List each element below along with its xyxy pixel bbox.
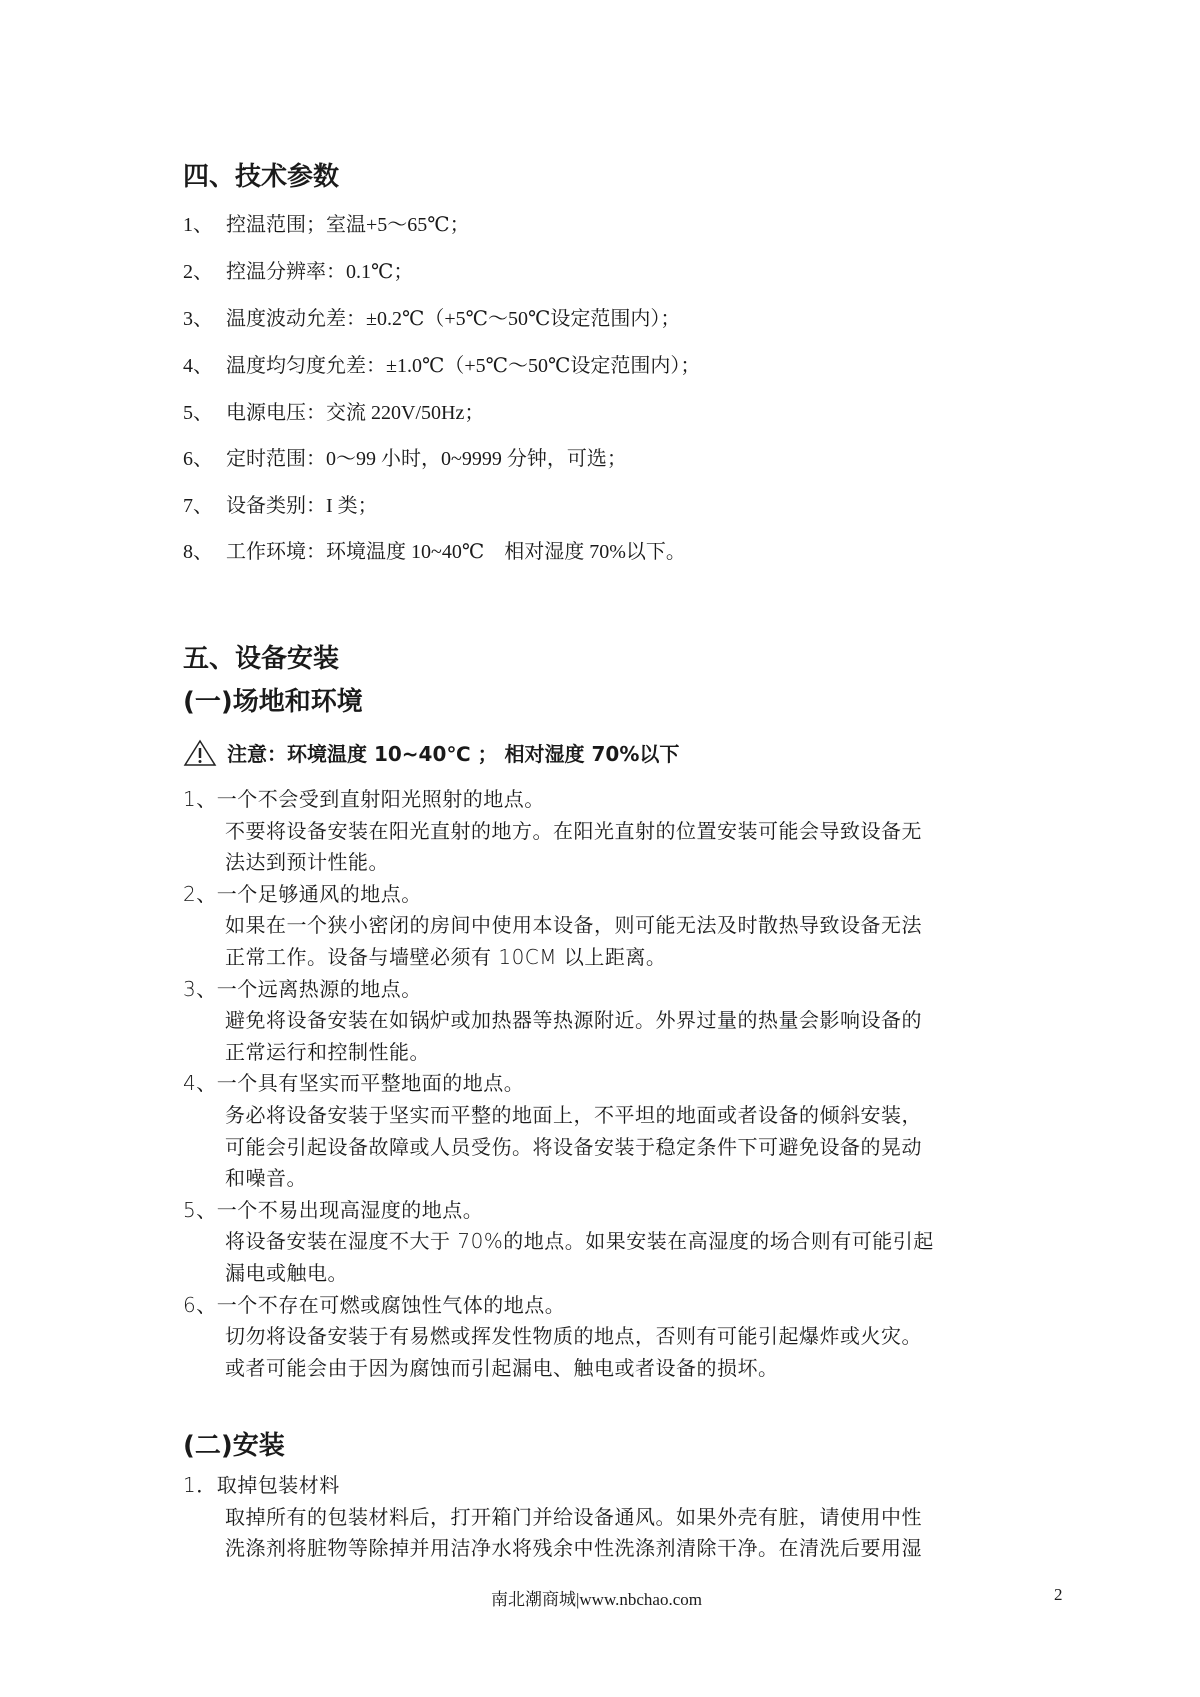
warning-note: 注意：环境温度 10~40℃ ； 相对湿度 70%以下 [183,738,679,767]
list-item-body-line: 切勿将设备安装于有易燃或挥发性物质的地点，否则有可能引起爆炸或火灾。 [225,1320,922,1349]
section-5-title: 五、设备安装 [183,638,339,675]
section-4-title: 四、技术参数 [183,156,339,193]
param-number: 1、 [183,208,226,237]
tech-param-item: 5、电源电压：交流 220V/50Hz； [183,396,484,425]
list-item-body-line: 务必将设备安装于坚实而平整的地面上，不平坦的地面或者设备的倾斜安装， [225,1099,922,1128]
list-item-body-line: 如果在一个狭小密闭的房间中使用本设备，则可能无法及时散热导致设备无法 [225,909,922,938]
subsection-1-title: (一)场地和环境 [183,681,363,718]
param-text: 工作环境：环境温度 10~40℃ 相对湿度 70%以下。 [226,541,686,563]
list-item-body-line: 和噪音。 [225,1162,307,1191]
list-item-body-line: 正常工作。设备与墙壁必须有 10CM 以上距离。 [225,941,666,970]
list-item-heading: 1、一个不会受到直射阳光照射的地点。 [183,783,545,812]
list-item-body-line: 不要将设备安装在阳光直射的地方。在阳光直射的位置安装可能会导致设备无 [225,815,922,844]
param-number: 3、 [183,302,226,331]
list-item-body-line: 避免将设备安装在如锅炉或加热器等热源附近。外界过量的热量会影响设备的 [225,1004,922,1033]
warning-text: 注意：环境温度 10~40℃ ； 相对湿度 70%以下 [227,738,679,767]
subsection-2-title: (二)安装 [183,1425,285,1462]
list-item-body-line: 将设备安装在湿度不大于 70%的地点。如果安装在高湿度的场合则有可能引起 [225,1225,934,1254]
tech-param-item: 1、控温范围；室温+5～65℃； [183,208,470,237]
param-number: 2、 [183,255,226,284]
list-item-body-line: 洗涤剂将脏物等除掉并用洁净水将残余中性洗涤剂清除干净。在清洗后要用湿 [225,1532,922,1561]
list-item-heading: 6、一个不存在可燃或腐蚀性气体的地点。 [183,1289,565,1318]
tech-param-item: 7、设备类别：I 类； [183,489,378,518]
param-text: 控温范围；室温+5～65℃； [226,214,470,236]
param-number: 6、 [183,442,226,471]
param-text: 温度均匀度允差：±1.0℃（+5℃～50℃设定范围内）； [226,355,700,377]
list-item-heading: 3、一个远离热源的地点。 [183,973,422,1002]
param-number: 5、 [183,396,226,425]
tech-param-item: 2、控温分辨率：0.1℃； [183,255,413,284]
tech-param-item: 8、工作环境：环境温度 10~40℃ 相对湿度 70%以下。 [183,535,686,564]
param-text: 电源电压：交流 220V/50Hz； [226,402,484,424]
list-item-heading: 1．取掉包装材料 [183,1469,340,1498]
param-number: 7、 [183,489,226,518]
param-text: 定时范围：0～99 小时，0~9999 分钟，可选； [226,448,627,470]
list-item-body-line: 或者可能会由于因为腐蚀而引起漏电、触电或者设备的损坏。 [225,1352,779,1381]
list-item-body-line: 正常运行和控制性能。 [225,1036,430,1065]
list-item-body-line: 取掉所有的包装材料后，打开箱门并给设备通风。如果外壳有脏，请使用中性 [225,1501,922,1530]
list-item-heading: 4、一个具有坚实而平整地面的地点。 [183,1067,524,1096]
param-text: 设备类别：I 类； [226,495,378,517]
warning-triangle-icon [183,739,217,767]
footer-site: 南北潮商城|www.nbchao.com [491,1585,702,1610]
page-number: 2 [1054,1585,1063,1605]
tech-param-item: 6、定时范围：0～99 小时，0~9999 分钟，可选； [183,442,627,471]
list-item-body-line: 漏电或触电。 [225,1257,348,1286]
param-text: 控温分辨率：0.1℃； [226,261,413,283]
list-item-body-line: 可能会引起设备故障或人员受伤。将设备安装于稳定条件下可避免设备的晃动 [225,1131,922,1160]
list-item-heading: 2、一个足够通风的地点。 [183,878,422,907]
list-item-body-line: 法达到预计性能。 [225,846,389,875]
param-number: 4、 [183,349,226,378]
tech-param-item: 4、温度均匀度允差：±1.0℃（+5℃～50℃设定范围内）； [183,349,700,378]
param-number: 8、 [183,535,226,564]
param-text: 温度波动允差：±0.2℃（+5℃～50℃设定范围内）； [226,308,680,330]
list-item-heading: 5、一个不易出现高湿度的地点。 [183,1194,483,1223]
tech-param-item: 3、温度波动允差：±0.2℃（+5℃～50℃设定范围内）； [183,302,680,331]
